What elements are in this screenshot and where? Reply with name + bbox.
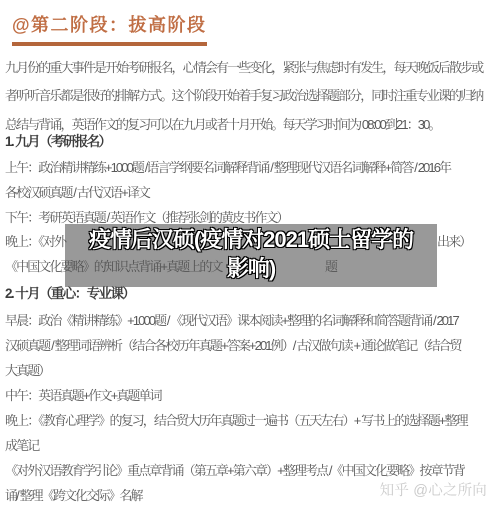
evening-line-suffix: 出来） — [437, 230, 470, 255]
section-banner: @第二阶段：拔高阶段 — [12, 11, 207, 46]
schedule-line: 各校汉硕真题 / 古代汉语+译文 — [5, 181, 495, 206]
caption-overlay: 疫情后汉硕(疫情对2021硕士留学的 影响) — [65, 224, 437, 287]
caption-title-line1: 疫情后汉硕(疫情对2021硕士留学的 — [65, 225, 437, 254]
september-heading: 1. 九月（考研报名） — [5, 134, 110, 150]
intro-paragraph: 九月份的重大事件是开始考研报名，心情会有一些变化，紧张与焦虑时有发生，每天晚饭后… — [5, 54, 495, 139]
schedule-line: 晚上：《教育心理学》的复习，结合贸大历年真题过一遍书（五天左右）+ 写书上的选择… — [5, 408, 495, 433]
intro-line: 者听听音乐都是很好的排解方式。这个阶段开始着手复习政治选择题部分，同时注重专业课… — [5, 82, 495, 110]
caption-title-line2: 影响) — [65, 254, 437, 283]
section-banner-title: @第二阶段：拔高阶段 — [12, 15, 207, 35]
schedule-line: 早晨：政治《精讲精练》+1000题 / 《现代汉语》课本阅读+整理的名词解释和简… — [5, 308, 495, 333]
schedule-line: 成笔记 — [5, 433, 495, 458]
october-schedule: 早晨：政治《精讲精练》+1000题 / 《现代汉语》课本阅读+整理的名词解释和简… — [5, 308, 495, 508]
october-heading: 2. 十月（重心：专业课） — [5, 286, 134, 302]
schedule-line: 中午：英语真题+作文+真题单词 — [5, 383, 495, 408]
schedule-line: 大真题） — [5, 358, 495, 383]
schedule-line: 汉硕真题 / 整理词语辨析（结合各校历年真题+答案+201例）/ 古汉做句读 +… — [5, 333, 495, 358]
zhihu-watermark: 知乎 @心之所向 — [380, 479, 487, 500]
intro-line: 九月份的重大事件是开始考研报名，心情会有一些变化，紧张与焦虑时有发生，每天晚饭后… — [5, 54, 495, 82]
article-page: @第二阶段：拔高阶段 九月份的重大事件是开始考研报名，心情会有一些变化，紧张与焦… — [0, 0, 500, 509]
evening-line-prefix: 晚上：《对外 — [5, 234, 65, 249]
schedule-line: 上午：政治精讲精练+1000题 /语言学纲要名词解释背诵 / 整理现代汉语名词解… — [5, 156, 495, 181]
